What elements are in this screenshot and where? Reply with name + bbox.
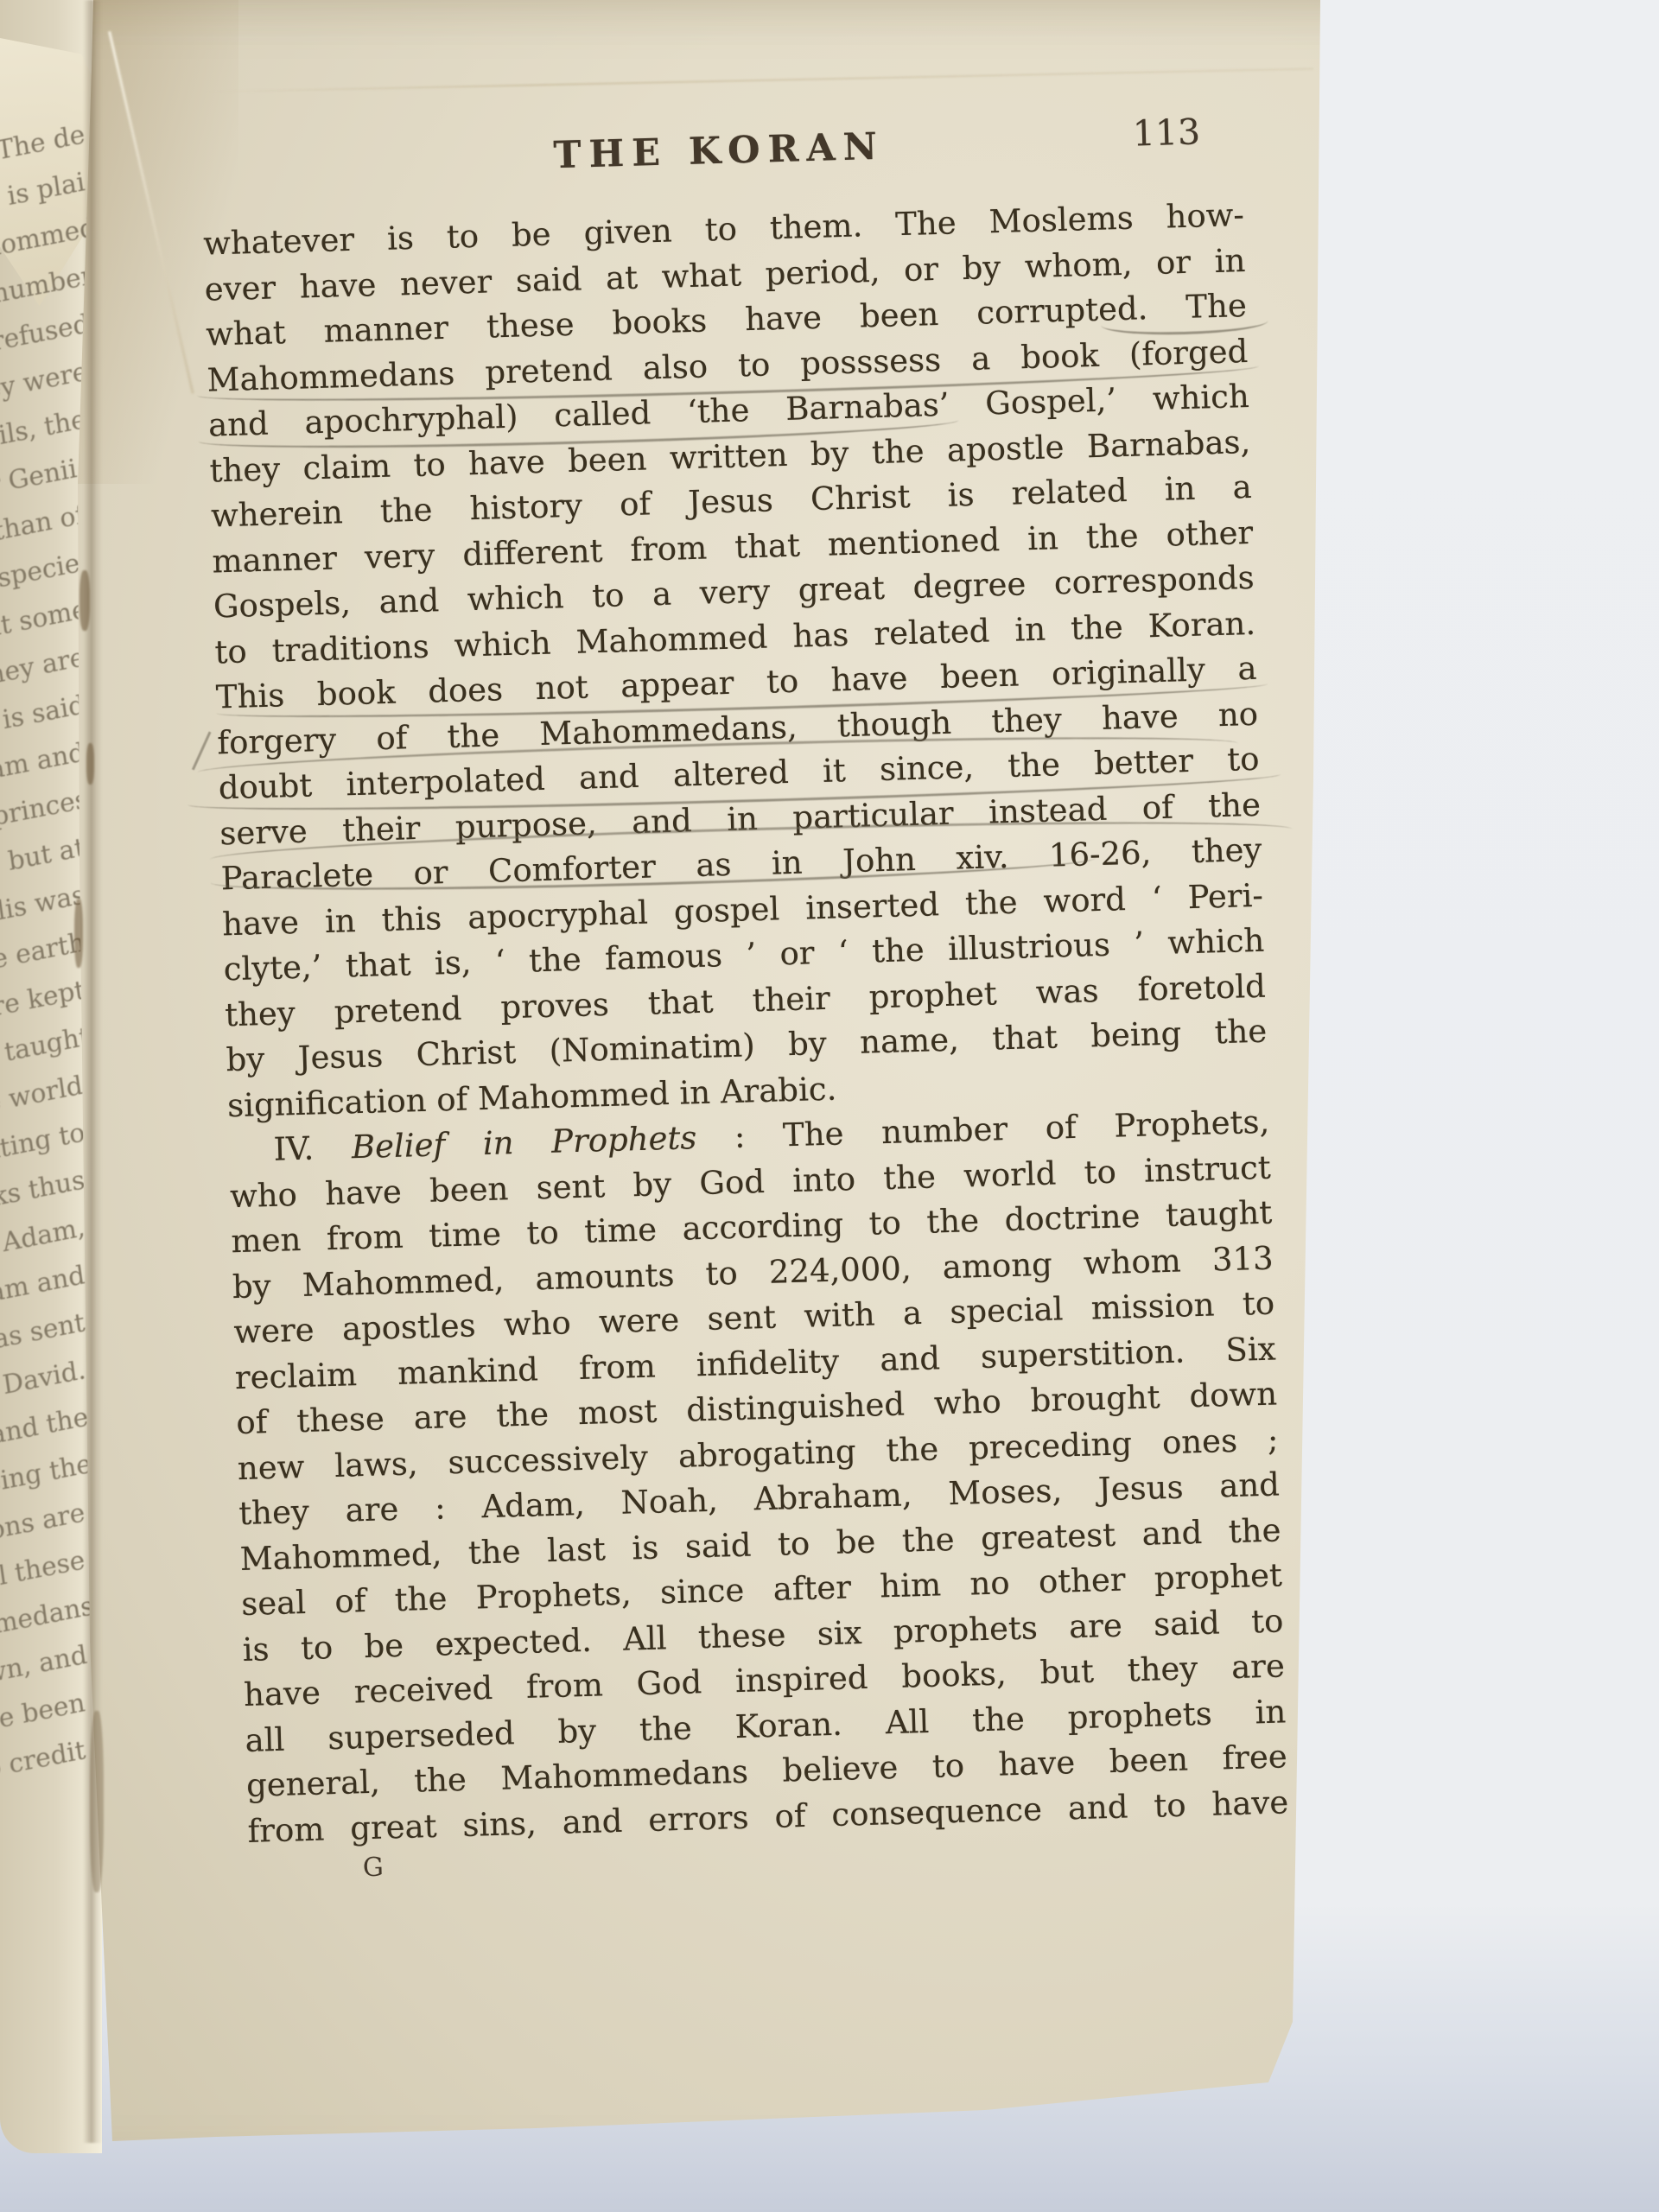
page-crease (207, 68, 1313, 93)
page-text-block: THE KORAN 113 whatever is to be given to… (200, 110, 1290, 1886)
book-page-photo: The deis plaiahommede numbery refusedhey… (0, 0, 1659, 2212)
page-number: 113 (1132, 111, 1201, 154)
text-lines: whatever is to be given to them. The Mos… (203, 193, 1289, 1854)
pencil-slash-mark (192, 731, 212, 770)
book-page: THE KORAN 113 whatever is to be given to… (0, 0, 1659, 2212)
italic-text-segment: Belief in Prophets (351, 1119, 697, 1166)
torn-paper-bit (74, 899, 83, 968)
running-title: THE KORAN (553, 125, 886, 178)
torn-paper-bit (86, 743, 94, 785)
torn-paper-bit (79, 570, 90, 631)
left-page-fragments: The deis plaiahommede numbery refusedhey… (0, 111, 85, 1774)
text-segment: IV. (273, 1128, 352, 1168)
torn-paper-bit (90, 1711, 104, 1892)
page-crease (108, 31, 194, 394)
